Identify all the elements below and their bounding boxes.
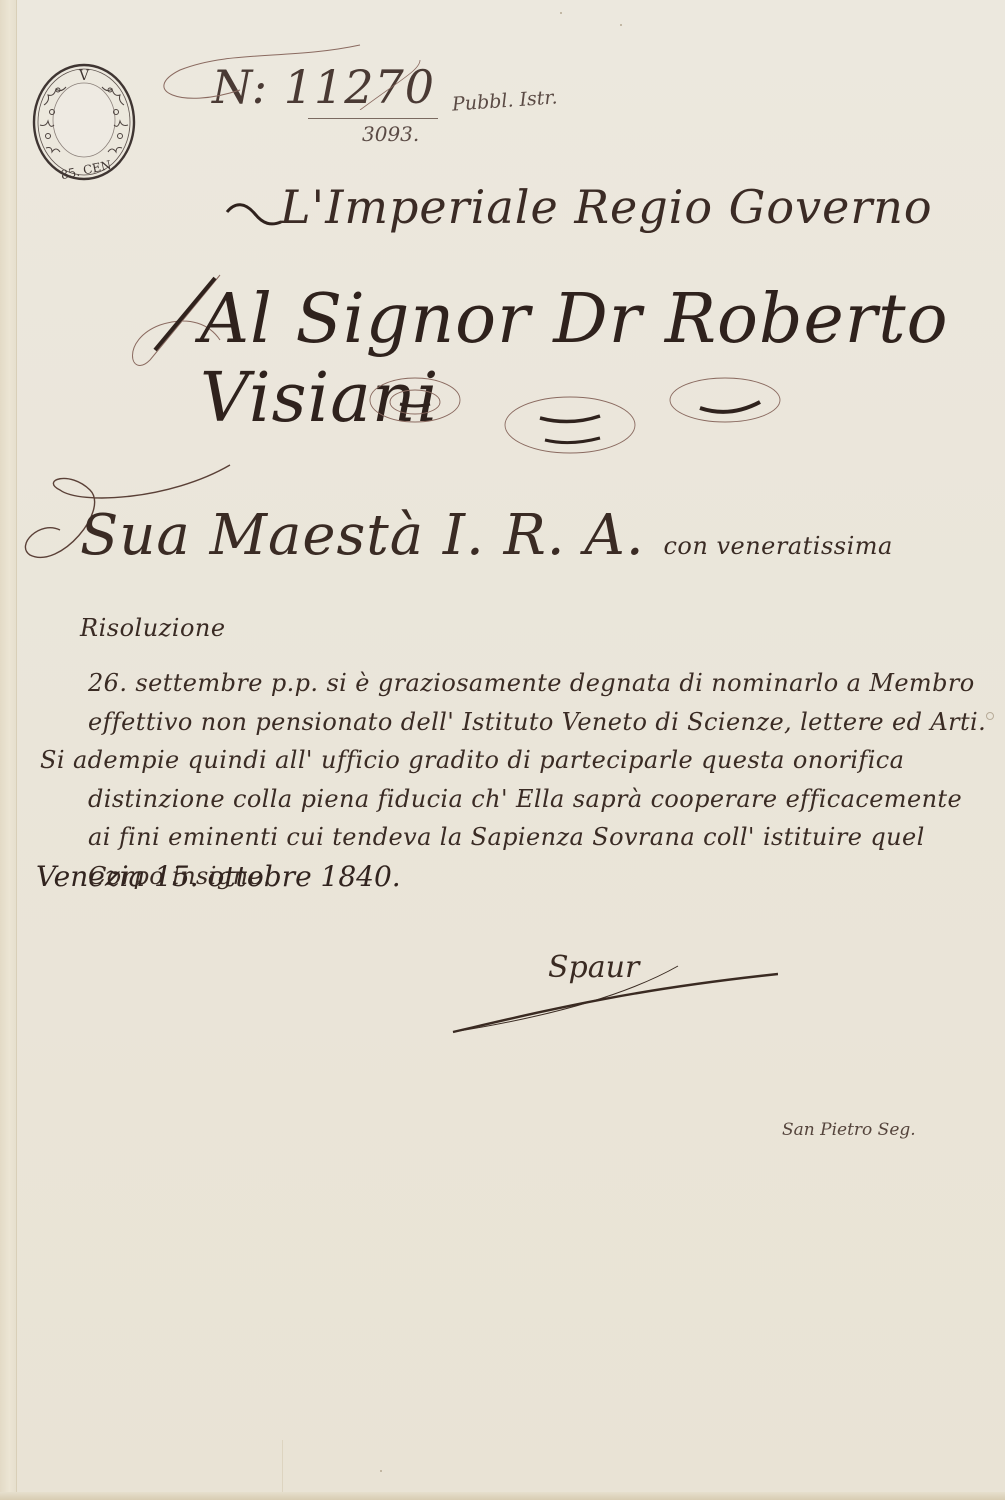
body-line: ai fini eminenti cui tendeva la Sapienza…: [40, 818, 970, 857]
body-line: 26. settembre p.p. si è graziosamente de…: [40, 664, 970, 703]
department-note: Pubbl. Istr.: [451, 86, 558, 115]
body-line: Si adempie quindi all' ufficio gradito d…: [40, 741, 970, 780]
issuer-heading: L'Imperiale Regio Governo: [280, 180, 933, 234]
protocol-sub-number: 3093.: [362, 122, 419, 146]
page-mark: [986, 712, 994, 720]
binding-edge: [0, 0, 17, 1500]
paper-speck: [560, 12, 562, 14]
svg-text:V: V: [78, 68, 90, 84]
opening-line: Sua Maestà I. R. A. con veneratissima Ri…: [40, 500, 970, 664]
body-line: effettivo non pensionato dell' Istituto …: [40, 703, 970, 742]
signature: Spaur: [548, 950, 639, 985]
paper-speck: [380, 1470, 382, 1472]
place-and-date: Venezia 15. ottobre 1840.: [36, 860, 401, 893]
heading-flourish-icon: [225, 192, 285, 232]
letter-body: Sua Maestà I. R. A. con veneratissima Ri…: [40, 500, 970, 895]
number-flourish-icon: [120, 30, 440, 110]
protocol-underline: [308, 118, 438, 119]
paper-fold-line: [282, 1440, 283, 1500]
clerk-note: San Pietro Seg.: [782, 1120, 916, 1140]
document-page: V 85. CEN N: 11270 3093. Pubbl. Istr. L'…: [0, 0, 1005, 1500]
body-line: distinzione colla piena fiducia ch' Ella…: [40, 780, 970, 819]
paper-speck: [620, 24, 622, 26]
page-bottom-edge: [0, 1492, 1005, 1500]
opening-words: Sua Maestà I. R. A.: [80, 503, 645, 568]
decorative-flourish-icon: [360, 370, 800, 460]
